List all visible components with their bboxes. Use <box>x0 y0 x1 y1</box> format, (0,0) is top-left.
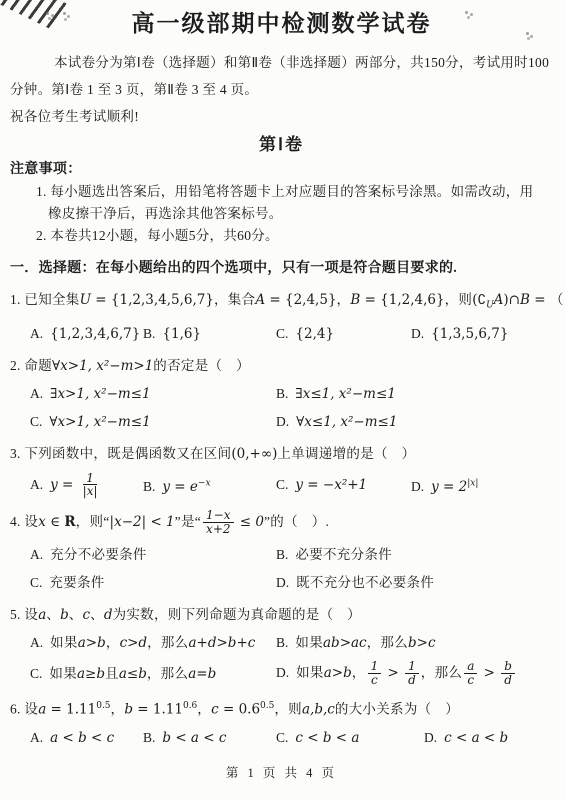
fraction-denominator: |x| <box>80 485 101 498</box>
text-run: 1. 已知全集 <box>10 292 80 307</box>
math-upright: = 0.6 <box>219 702 260 718</box>
math-upright: = <box>530 292 550 308</box>
text-run: 充分不必要条件 <box>50 547 147 562</box>
option-content: b < a < c <box>162 730 226 745</box>
question-4-option-d: D.既不充分也不必要条件 <box>276 570 434 596</box>
intro-paragraph-line1: 本试卷分为第Ⅰ卷（选择题）和第Ⅱ卷（非选择题）两部分，共150分，考试用时100 <box>10 49 553 76</box>
option-label: C. <box>30 666 42 681</box>
math-italic: a>b <box>78 635 106 651</box>
text-run: ，则“ <box>76 514 110 529</box>
option-label: D. <box>276 414 289 429</box>
text-run: 、 <box>69 607 83 622</box>
math-italic: ∀x>1, x²−m≤1 <box>49 414 150 430</box>
option-label: C. <box>276 477 288 492</box>
question-3: 3. 下列函数中，既是偶函数又在区间(0,+∞)上单调递增的是（ ） A.y =… <box>10 441 553 501</box>
math-italic: y = −x²+1 <box>295 477 367 493</box>
option-label: B. <box>276 635 288 650</box>
math-upright: {1,2,3,4,6,7} <box>50 326 140 342</box>
text-run: 如果 <box>49 666 77 681</box>
scan-artifact-dots <box>526 32 529 35</box>
question-3-options: A.y = 1|x| B.y = e−x C.y = −x²+1 D.y = 2… <box>30 471 553 501</box>
text-run: （ ） <box>550 292 565 307</box>
text-run: ，那么 <box>367 635 408 650</box>
question-1-option-c: C.{2,4} <box>276 321 411 347</box>
fraction-numerator: a <box>464 660 477 674</box>
math-italic: > <box>479 665 499 681</box>
math-italic: a,b,c <box>302 702 335 718</box>
question-6-option-c: C.c < b < a <box>276 725 424 751</box>
option-content: {2,4} <box>295 326 334 341</box>
option-label: D. <box>411 479 424 494</box>
math-upright: = {1,2,3,4,5,6,7} <box>91 292 214 308</box>
math-italic: ∀x>1, x²−m>1 <box>52 358 153 374</box>
text-run: ，集合 <box>214 292 255 307</box>
math-italic: A <box>494 292 504 308</box>
question-2-options-row1: A.∃x>1, x²−m≤1 B.∃x≤1, x²−m≤1 <box>30 381 553 407</box>
question-6-stem: 6. 设a = 1.110.5，b = 1.110.6，c = 0.60.5，则… <box>10 693 553 723</box>
math-italic: ≤ 0 <box>236 514 264 530</box>
question-4-options-row2: C.充要条件 D.既不充分也不必要条件 <box>30 570 553 596</box>
math-italic: ∃x≤1, x²−m≤1 <box>295 386 395 402</box>
option-label: C. <box>276 730 288 745</box>
math-italic: ∃x>1, x²−m≤1 <box>50 386 150 402</box>
option-label: C. <box>30 575 42 590</box>
text-run: 6. 设 <box>10 702 38 717</box>
page-title: 高一级部期中检测数学试卷 <box>10 8 553 40</box>
question-1-option-b: B.{1,6} <box>143 321 276 347</box>
option-label: D. <box>411 326 424 341</box>
math-italic: c <box>211 702 219 718</box>
fraction: 1|x| <box>80 472 101 498</box>
math-italic: y = 2 <box>431 479 467 495</box>
option-label: B. <box>143 326 155 341</box>
option-content: a < b < c <box>50 730 114 745</box>
superscript: 0.6 <box>183 701 197 711</box>
fraction-denominator: x+2 <box>203 523 233 536</box>
math-italic: x <box>38 514 46 530</box>
option-label: B. <box>276 547 288 562</box>
question-5: 5. 设a、b、c、d为实数，则下列命题为真命题的是（ ） A.如果a>b，c>… <box>10 602 553 687</box>
text-run: 的大小关系为（ ） <box>335 702 459 717</box>
superscript: |x| <box>467 479 478 489</box>
note-1-line2: 橡皮擦干净后，再选涂其他答案标号。 <box>48 203 553 225</box>
math-upright: (∁ <box>472 292 486 308</box>
scan-artifact-dots <box>63 12 66 15</box>
math-upright: = 1.11 <box>133 702 183 718</box>
question-1-stem: 1. 已知全集U = {1,2,3,4,5,6,7}，集合A = {2,4,5}… <box>10 287 553 319</box>
option-content: {1,3,5,6,7} <box>431 326 508 341</box>
option-content: y = 2|x| <box>431 479 478 494</box>
text-run: 3. 下列函数中，既是偶函数又在区间 <box>10 446 231 461</box>
fraction-denominator: c <box>464 674 477 687</box>
text-run: 上单调递增的是（ ） <box>277 446 415 461</box>
math-upright: (0,+∞) <box>231 446 277 462</box>
text-run: 充要条件 <box>49 575 104 590</box>
text-run: 的否定是（ ） <box>153 358 250 373</box>
fraction: 1d <box>405 660 419 686</box>
question-5-options-row1: A.如果a>b，c>d，那么a+d>b+c B.如果ab>ac，那么b>c <box>30 630 553 656</box>
option-content: 如果a>b，c>d，那么a+d>b+c <box>50 635 255 650</box>
question-4-stem: 4. 设x ∈ R，则“|x−2| < 1”是“1−xx+2 ≤ 0”的（ ）. <box>10 506 553 538</box>
note-1-line1: 1. 每小题选出答案后，用铅笔将答题卡上对应题目的答案标号涂黑。如需改动，用 <box>36 181 553 203</box>
question-4-option-c: C.充要条件 <box>30 570 276 596</box>
math-italic: b <box>124 702 133 718</box>
text-run: ，那么 <box>147 635 188 650</box>
text-run: ， <box>337 292 351 307</box>
fraction: ac <box>464 660 477 686</box>
option-content: c < a < b <box>444 730 508 745</box>
fraction-numerator: 1 <box>83 472 97 486</box>
math-italic: B <box>520 292 530 308</box>
option-content: 必要不充分条件 <box>295 547 392 562</box>
intro-paragraph-line2: 分钟。第Ⅰ卷 1 至 3 页，第Ⅱ卷 3 至 4 页。 <box>10 76 553 103</box>
option-content: 充要条件 <box>49 575 104 590</box>
text-run: ， <box>197 702 211 717</box>
math-italic: c>d <box>120 635 148 651</box>
math-bold: R <box>64 514 75 530</box>
math-upright: {1,6} <box>162 326 201 342</box>
math-italic: a < b < c <box>50 730 114 746</box>
fraction-denominator: d <box>501 674 515 687</box>
text-run: 如果 <box>296 665 324 680</box>
option-label: A. <box>30 386 43 401</box>
option-label: A. <box>30 635 43 650</box>
option-content: {1,2,3,4,6,7} <box>50 326 140 341</box>
question-2-option-d: D.∀x≤1, x²−m≤1 <box>276 409 397 435</box>
scan-artifact-dots <box>465 11 468 14</box>
question-5-option-c: C.如果a≥b且a≤b，那么a=b <box>30 661 276 687</box>
math-italic: U <box>80 292 91 308</box>
math-italic: d <box>104 607 113 623</box>
math-italic: a≥b <box>77 666 105 682</box>
page-number-footer: 第 1 页 共 4 页 <box>10 763 553 781</box>
option-content: y = −x²+1 <box>295 477 367 492</box>
text-run: 、 <box>46 607 60 622</box>
wish-line: 祝各位考生考试顺利! <box>10 103 553 130</box>
text-run: 如果 <box>295 635 323 650</box>
text-run: 必要不充分条件 <box>295 547 392 562</box>
section1-heading: 一．选择题：在每小题给出的四个选项中，只有一项是符合题目要求的. <box>10 257 553 281</box>
question-6-option-d: D.c < a < b <box>424 725 508 751</box>
option-label: A. <box>30 730 43 745</box>
option-label: B. <box>276 386 288 401</box>
text-run: 2. 命题 <box>10 358 52 373</box>
text-run: ”的（ ）. <box>264 514 329 529</box>
option-content: 如果a≥b且a≤b，那么a=b <box>49 666 216 681</box>
text-run: 为实数，则下列命题为真命题的是（ ） <box>113 607 361 622</box>
math-upright: )∩ <box>503 292 520 308</box>
option-label: B. <box>143 730 155 745</box>
math-upright: = {2,4,5} <box>265 292 336 308</box>
question-5-stem: 5. 设a、b、c、d为实数，则下列命题为真命题的是（ ） <box>10 602 553 628</box>
option-label: D. <box>276 665 289 680</box>
fraction: bd <box>501 660 515 686</box>
question-3-option-b: B.y = e−x <box>143 471 276 501</box>
text-run: ， <box>111 702 125 717</box>
fraction-numerator: 1 <box>368 660 382 674</box>
fraction-numerator: b <box>501 660 515 674</box>
question-6-options: A.a < b < c B.b < a < c C.c < b < a D.c … <box>30 725 553 751</box>
scan-artifact-dots <box>46 12 49 15</box>
math-italic: c < a < b <box>444 730 508 746</box>
question-4-option-a: A.充分不必要条件 <box>30 542 276 568</box>
math-italic: y = <box>50 477 78 493</box>
exam-paper-page: 高一级部期中检测数学试卷 本试卷分为第Ⅰ卷（选择题）和第Ⅱ卷（非选择题）两部分，… <box>0 0 565 800</box>
math-italic: b <box>60 607 69 623</box>
option-content: ∃x≤1, x²−m≤1 <box>295 386 395 401</box>
math-upright: ∈ <box>46 514 65 530</box>
option-content: ∀x>1, x²−m≤1 <box>49 414 150 429</box>
option-content: {1,6} <box>162 326 201 341</box>
option-label: B. <box>143 479 155 494</box>
question-2-option-b: B.∃x≤1, x²−m≤1 <box>276 381 396 407</box>
text-run: ，那么 <box>421 665 462 680</box>
question-1-option-d: D.{1,3,5,6,7} <box>411 321 508 347</box>
page-content: 高一级部期中检测数学试卷 本试卷分为第Ⅰ卷（选择题）和第Ⅱ卷（非选择题）两部分，… <box>0 0 565 781</box>
question-3-stem: 3. 下列函数中，既是偶函数又在区间(0,+∞)上单调递增的是（ ） <box>10 441 553 467</box>
question-6-option-b: B.b < a < c <box>143 725 276 751</box>
option-content: 充分不必要条件 <box>50 547 147 562</box>
question-6: 6. 设a = 1.110.5，b = 1.110.6，c = 0.60.5，则… <box>10 693 553 751</box>
question-4-options-row1: A.充分不必要条件 B.必要不充分条件 <box>30 542 553 568</box>
question-5-option-d: D.如果a>b，1c > 1d，那么ac > bd <box>276 660 517 687</box>
text-run: ，则 <box>445 292 473 307</box>
superscript: 0.5 <box>96 701 110 711</box>
text-run: 、 <box>90 607 104 622</box>
fraction-denominator: c <box>368 674 381 687</box>
text-run: ， <box>352 665 366 680</box>
option-label: A. <box>30 547 43 562</box>
math-italic: A <box>255 292 265 308</box>
option-label: C. <box>276 326 288 341</box>
text-run: 如果 <box>50 635 78 650</box>
option-content: 如果ab>ac，那么b>c <box>295 635 435 650</box>
math-italic: b < a < c <box>162 730 226 746</box>
text-run: 4. 设 <box>10 514 38 529</box>
math-italic: y = e <box>162 479 198 495</box>
math-upright: {2,4} <box>295 326 334 342</box>
question-3-option-a: A.y = 1|x| <box>30 472 143 499</box>
text-run: ，那么 <box>147 666 188 681</box>
question-2-options-row2: C.∀x>1, x²−m≤1 D.∀x≤1, x²−m≤1 <box>30 409 553 435</box>
math-italic: ∀x≤1, x²−m≤1 <box>296 414 397 430</box>
fraction-numerator: 1 <box>405 660 419 674</box>
math-italic: c <box>83 607 91 623</box>
math-upright: = 1.11 <box>46 702 96 718</box>
math-italic: c < b < a <box>295 730 359 746</box>
question-2: 2. 命题∀x>1, x²−m>1的否定是（ ） A.∃x>1, x²−m≤1 … <box>10 353 553 435</box>
fraction-denominator: d <box>405 674 419 687</box>
option-label: D. <box>424 730 437 745</box>
superscript: −x <box>198 479 211 489</box>
option-content: c < b < a <box>295 730 359 745</box>
text-run: ”是“ <box>175 514 201 529</box>
math-italic: a≤b <box>119 666 147 682</box>
math-italic: a>b <box>324 665 352 681</box>
superscript: 0.5 <box>260 701 274 711</box>
question-2-stem: 2. 命题∀x>1, x²−m>1的否定是（ ） <box>10 353 553 379</box>
math-upright: {1,3,5,6,7} <box>431 326 508 342</box>
math-italic: ab>ac <box>323 635 367 651</box>
fraction: 1c <box>368 660 382 686</box>
option-content: ∀x≤1, x²−m≤1 <box>296 414 397 429</box>
option-content: y = 1|x| <box>50 477 102 492</box>
fraction: 1−xx+2 <box>203 509 233 535</box>
question-3-option-c: C.y = −x²+1 <box>276 472 411 498</box>
question-4: 4. 设x ∈ R，则“|x−2| < 1”是“1−xx+2 ≤ 0”的（ ）.… <box>10 506 553 596</box>
math-italic: a=b <box>188 666 216 682</box>
question-3-option-d: D.y = 2|x| <box>411 471 478 501</box>
text-run: 且 <box>105 666 119 681</box>
part1-heading: 第Ⅰ卷 <box>10 132 553 158</box>
notes-heading: 注意事项： <box>10 158 553 181</box>
question-5-option-b: B.如果ab>ac，那么b>c <box>276 630 436 656</box>
text-run: ， <box>106 635 120 650</box>
question-1: 1. 已知全集U = {1,2,3,4,5,6,7}，集合A = {2,4,5}… <box>10 287 553 347</box>
note-2: 2. 本卷共12小题，每小题5分，共60分。 <box>36 225 553 247</box>
math-italic: |x−2| < 1 <box>110 514 175 530</box>
question-1-option-a: A.{1,2,3,4,6,7} <box>30 321 143 347</box>
math-italic: > <box>383 665 403 681</box>
fraction-numerator: 1−x <box>203 509 233 523</box>
question-5-options-row2: C.如果a≥b且a≤b，那么a=b D.如果a>b，1c > 1d，那么ac >… <box>30 660 553 687</box>
text-run: ，则 <box>274 702 302 717</box>
option-label: A. <box>30 477 43 492</box>
question-4-option-b: B.必要不充分条件 <box>276 542 392 568</box>
text-run: 既不充分也不必要条件 <box>296 575 434 590</box>
math-upright: = {1,2,4,6} <box>360 292 444 308</box>
option-label: D. <box>276 575 289 590</box>
math-italic: b>c <box>408 635 436 651</box>
question-1-options: A.{1,2,3,4,6,7} B.{1,6} C.{2,4} D.{1,3,5… <box>30 321 553 347</box>
math-italic: a+d>b+c <box>188 635 255 651</box>
option-content: y = e−x <box>162 479 210 494</box>
question-2-option-c: C.∀x>1, x²−m≤1 <box>30 409 276 435</box>
option-content: 既不充分也不必要条件 <box>296 575 434 590</box>
option-label: A. <box>30 326 43 341</box>
question-6-option-a: A.a < b < c <box>30 725 143 751</box>
option-content: ∃x>1, x²−m≤1 <box>50 386 150 401</box>
text-run: 5. 设 <box>10 607 38 622</box>
option-content: 如果a>b，1c > 1d，那么ac > bd <box>296 665 517 680</box>
question-2-option-a: A.∃x>1, x²−m≤1 <box>30 381 276 407</box>
math-italic: B <box>350 292 360 308</box>
subscript: U <box>486 301 494 311</box>
question-5-option-a: A.如果a>b，c>d，那么a+d>b+c <box>30 630 276 656</box>
option-label: C. <box>30 414 42 429</box>
